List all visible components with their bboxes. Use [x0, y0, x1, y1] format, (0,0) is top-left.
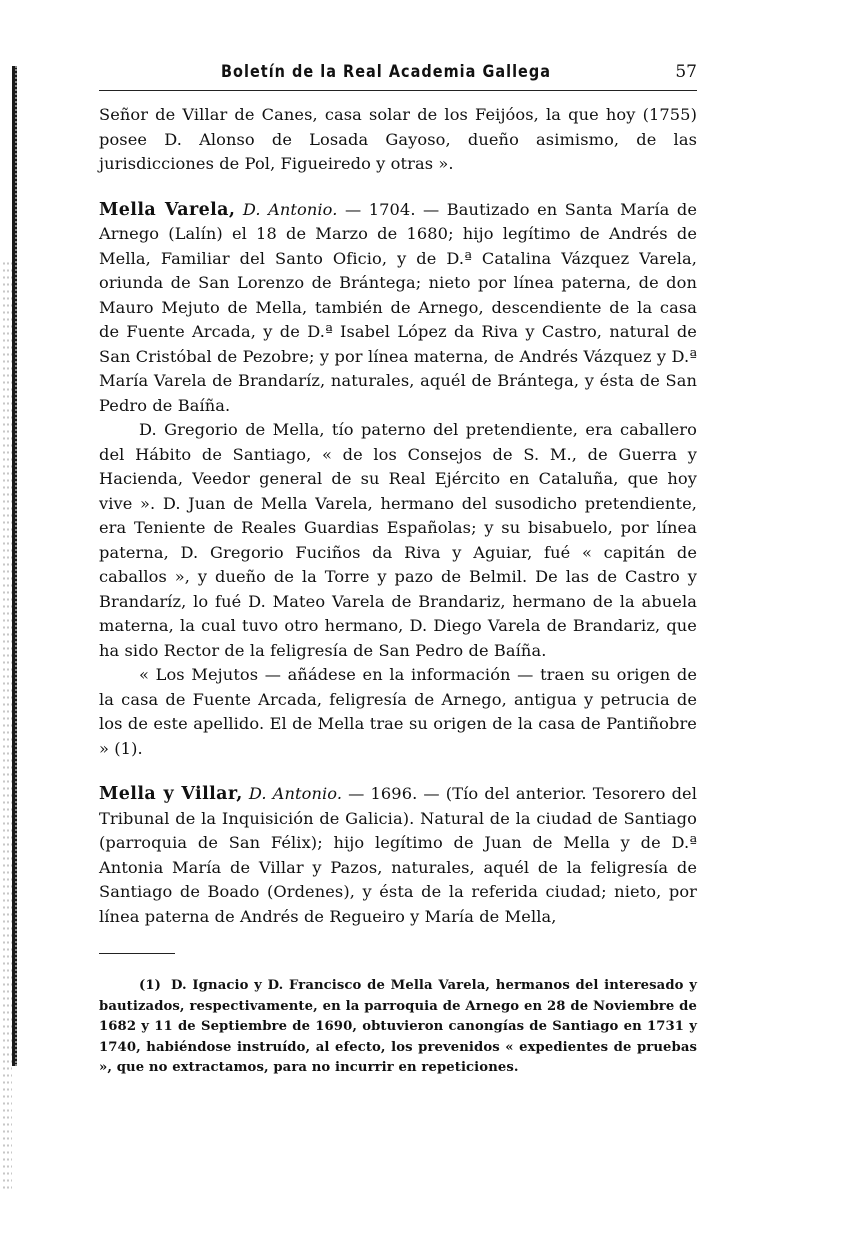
footnote-divider — [99, 953, 175, 954]
entry-text: — 1704. — Bautizado en Santa María de Ar… — [99, 200, 697, 415]
entry-surname: Mella Varela, — [99, 200, 235, 220]
paragraph-mejutos: « Los Mejutos — añádese en la informació… — [99, 663, 697, 761]
entry-given-name: D. Antonio. — [243, 200, 338, 219]
page-number: 57 — [675, 62, 697, 82]
entry-given-name: D. Antonio. — [249, 784, 342, 803]
scan-edge-noise — [2, 260, 12, 1190]
entry-surname: Mella y Villar, — [99, 784, 243, 804]
entry-mella-varela: Mella Varela, D. Antonio. — 1704. — Baut… — [99, 198, 697, 419]
entry-text: — 1696. — (Tío del anterior. Tesorero de… — [99, 784, 697, 926]
footnotes: (1)D. Ignacio y D. Francisco de Mella Va… — [99, 976, 697, 1079]
footnote-text: D. Ignacio y D. Francisco de Mella Varel… — [99, 978, 697, 1075]
journal-title: Boletín de la Real Academia Gallega — [221, 62, 551, 82]
body-text: Señor de Villar de Canes, casa solar de … — [99, 103, 697, 929]
footnote-1: (1)D. Ignacio y D. Francisco de Mella Va… — [99, 976, 697, 1079]
entry-mella-villar: Mella y Villar, D. Antonio. — 1696. — (T… — [99, 782, 697, 929]
footnote-marker: (1) — [139, 978, 161, 993]
paragraph-continuation: Señor de Villar de Canes, casa solar de … — [99, 103, 697, 177]
running-header: Boletín de la Real Academia Gallega 57 — [99, 58, 697, 91]
document-page: Boletín de la Real Academia Gallega 57 S… — [99, 58, 697, 1079]
paragraph-gregorio: D. Gregorio de Mella, tío paterno del pr… — [99, 418, 697, 663]
scan-page-edge — [12, 66, 17, 1066]
